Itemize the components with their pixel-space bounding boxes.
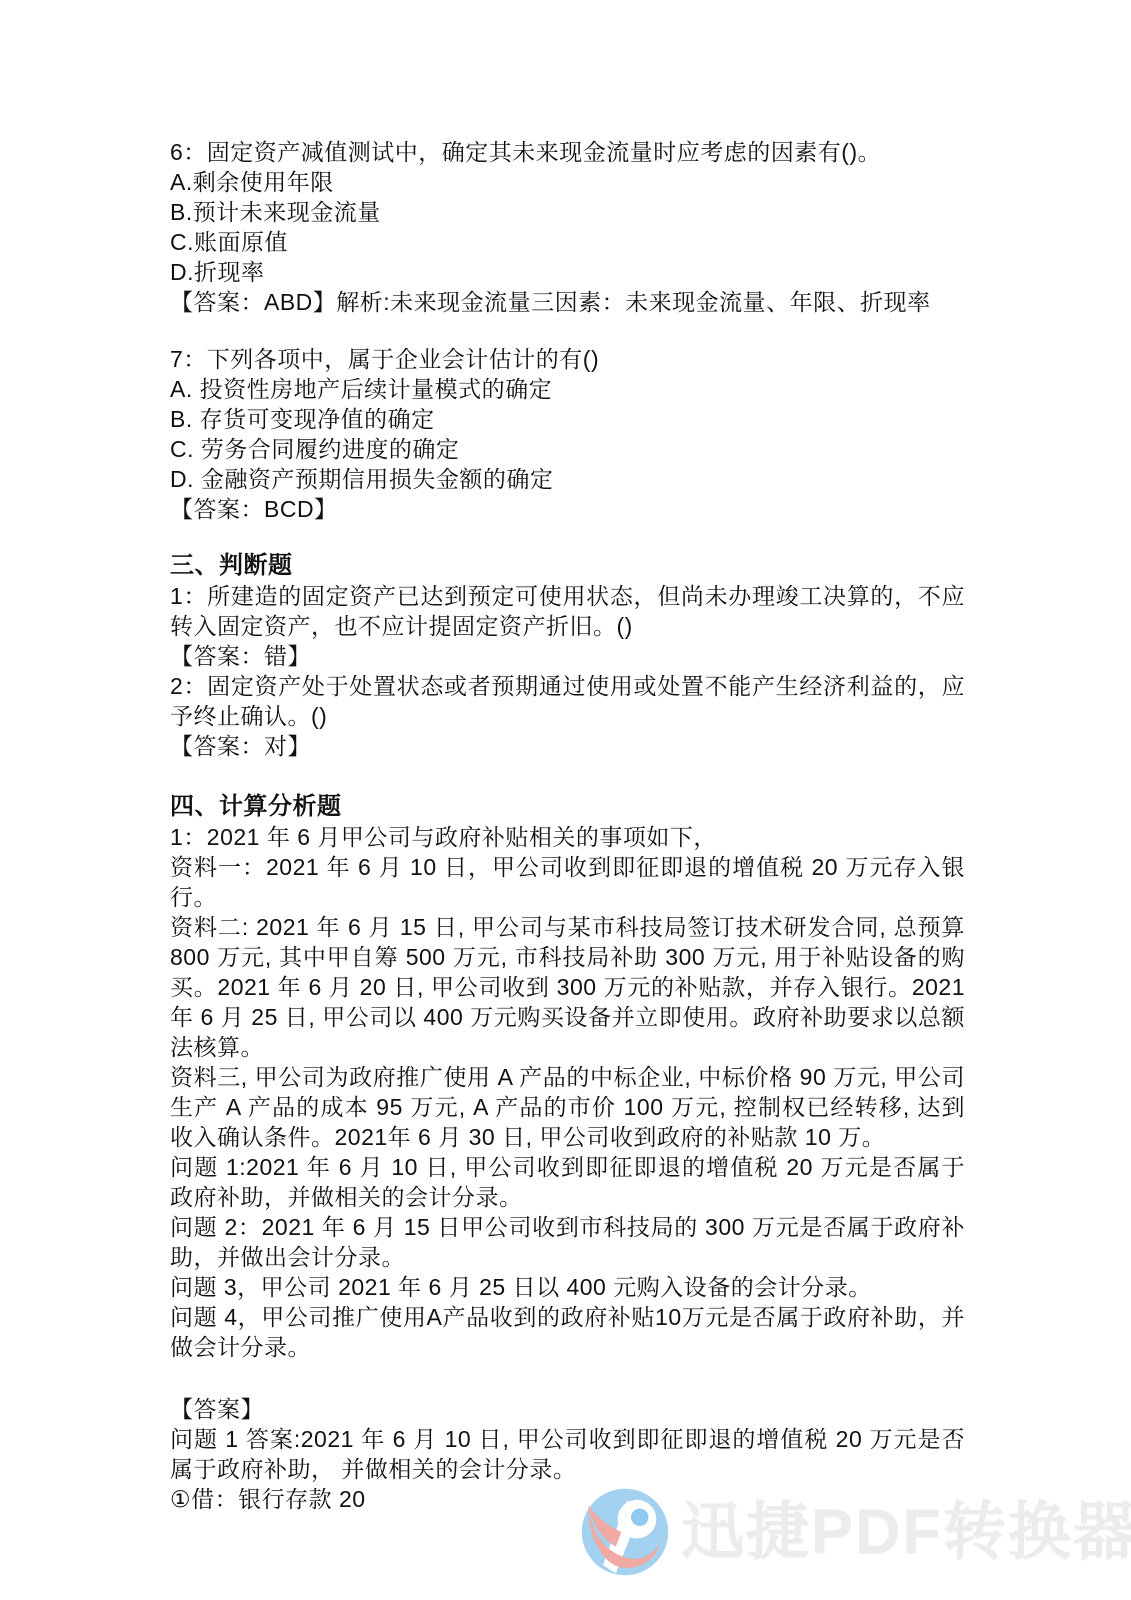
answer-journal-entry-debit: ①借：银行存款 20	[170, 1484, 965, 1514]
judgment-question-2: 2：固定资产处于处置状态或者预期通过使用或处置不能产生经济利益的，应予终止确认。…	[170, 671, 965, 731]
calculation-section-heading: 四、计算分析题	[170, 792, 965, 822]
question-6-option-c: C.账面原值	[170, 227, 965, 257]
calculation-material-3: 资料三, 甲公司为政府推广使用 A 产品的中标企业, 中标价格 90 万元, 甲…	[170, 1062, 965, 1152]
question-7-option-d: D. 金融资产预期信用损失金额的确定	[170, 464, 965, 494]
document-page: 6：固定资产减值测试中，确定其未来现金流量时应考虑的因素有()。 A.剩余使用年…	[0, 0, 1131, 1600]
judgment-answer-1: 【答案：错】	[170, 641, 965, 671]
question-6-option-a: A.剩余使用年限	[170, 167, 965, 197]
question-6-text: 6：固定资产减值测试中，确定其未来现金流量时应考虑的因素有()。	[170, 137, 965, 167]
question-7-text: 7：下列各项中，属于企业会计估计的有()	[170, 344, 965, 374]
question-7-option-b: B. 存货可变现净值的确定	[170, 404, 965, 434]
question-7-answer: 【答案：BCD】	[170, 494, 965, 524]
calculation-answer-block: 【答案】 问题 1 答案:2021 年 6 月 10 日, 甲公司收到即征即退的…	[170, 1394, 965, 1514]
calculation-problem-1: 问题 1:2021 年 6 月 10 日, 甲公司收到即征即退的增值税 20 万…	[170, 1152, 965, 1212]
judgment-question-1: 1：所建造的固定资产已达到预定可使用状态，但尚未办理竣工决算的，不应转入固定资产…	[170, 581, 965, 641]
question-6-answer: 【答案：ABD】解析:未来现金流量三因素：未来现金流量、年限、折现率	[170, 287, 965, 317]
calculation-material-1: 资料一：2021 年 6 月 10 日，甲公司收到即征即退的增值税 20 万元存…	[170, 852, 965, 912]
question-7-option-a: A. 投资性房地产后续计量模式的确定	[170, 374, 965, 404]
calculation-material-2: 资料二: 2021 年 6 月 15 日, 甲公司与某市科技局签订技术研发合同,…	[170, 912, 965, 1062]
answer-heading: 【答案】	[170, 1394, 965, 1424]
calculation-problem-3: 问题 3，甲公司 2021 年 6 月 25 日以 400 元购入设备的会计分录…	[170, 1272, 965, 1302]
question-7-block: 7：下列各项中，属于企业会计估计的有() A. 投资性房地产后续计量模式的确定 …	[170, 344, 965, 524]
judgment-section: 三、判断题 1：所建造的固定资产已达到预定可使用状态，但尚未办理竣工决算的，不应…	[170, 551, 965, 761]
calculation-intro: 1：2021 年 6 月甲公司与政府补贴相关的事项如下，	[170, 822, 965, 852]
judgment-section-heading: 三、判断题	[170, 551, 965, 581]
calculation-section: 四、计算分析题 1：2021 年 6 月甲公司与政府补贴相关的事项如下， 资料一…	[170, 792, 965, 1362]
question-6-option-b: B.预计未来现金流量	[170, 197, 965, 227]
calculation-problem-2: 问题 2：2021 年 6 月 15 日甲公司收到市科技局的 300 万元是否属…	[170, 1212, 965, 1272]
question-7-option-c: C. 劳务合同履约进度的确定	[170, 434, 965, 464]
answer-problem-1-restate: 问题 1 答案:2021 年 6 月 10 日, 甲公司收到即征即退的增值税 2…	[170, 1424, 965, 1484]
judgment-answer-2: 【答案：对】	[170, 731, 965, 761]
question-6-block: 6：固定资产减值测试中，确定其未来现金流量时应考虑的因素有()。 A.剩余使用年…	[170, 137, 965, 317]
question-6-option-d: D.折现率	[170, 257, 965, 287]
calculation-problem-4: 问题 4，甲公司推广使用A产品收到的政府补贴10万元是否属于政府补助，并做会计分…	[170, 1302, 965, 1362]
